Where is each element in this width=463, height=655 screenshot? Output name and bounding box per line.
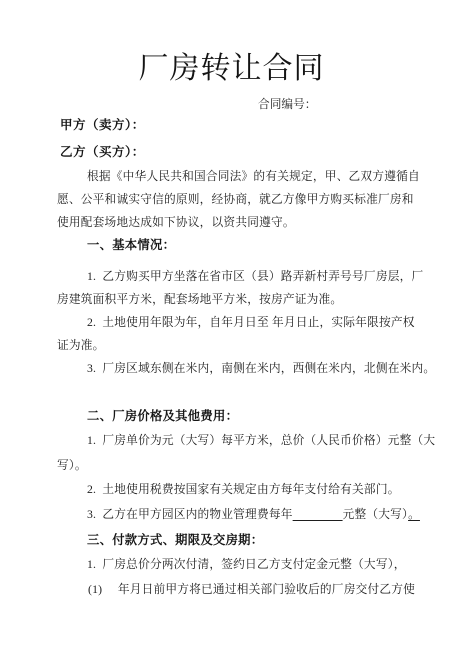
section-2-item-1-line-2: 写）。 <box>57 454 406 479</box>
section-2-item-2: 2. 土地使用税费按国家有关规定由方每年支付给有关部门。 <box>57 478 406 503</box>
section-1-item-1-line-1: 1. 乙方购买甲方坐落在省市区（县）路弄新村弄号号厂房层，厂 <box>57 265 406 288</box>
section-2-item-3: 3. 乙方在甲方园区内的物业管理费每年 元整（大写）。 <box>57 503 406 528</box>
fill-in-blank-underline <box>293 508 343 521</box>
section-3-subitem-1: (1) 年月日前甲方将已通过相关部门验收后的厂房交付乙方使 <box>57 578 406 603</box>
intro-and-section-1: 根据《中华人民共和国合同法》的有关规定，甲、乙双方遵循自 愿、公平和诚实守信的原… <box>57 165 406 380</box>
intro-line-2: 愿、公平和诚实守信的原则，经协商，就乙方像甲方购买标准厂房和 <box>57 188 406 211</box>
section-2-item-1-line-1: 1. 厂房单价为元（大写）每平方米，总价（人民币价格）元整（大 <box>57 429 406 454</box>
document-title: 厂房转让合同 <box>57 50 406 88</box>
intro-line-3: 使用配套场地达成如下协议，以资共同遵守。 <box>57 211 406 234</box>
section-1-item-3: 3. 厂房区域东侧在米内，南侧在米内，西侧在米内，北侧在米内。 <box>57 357 406 380</box>
section-1-item-1-line-2: 房建筑面积平方米，配套场地平方米，按房产证为准。 <box>57 288 406 311</box>
section-2-item-3-period: 。 <box>408 508 420 521</box>
party-a-line: 甲方（卖方）： <box>60 115 406 135</box>
section-3-heading: 三、付款方式、期限及交房期： <box>57 528 406 553</box>
sections-2-and-3: 二、厂房价格及其他费用： 1. 厂房单价为元（大写）每平方米，总价（人民币价格）… <box>57 404 406 602</box>
contract-document-page: 厂房转让合同 合同编号： 甲方（卖方）： 乙方（买方）： 根据《中华人民共和国合… <box>0 0 463 655</box>
party-b-line: 乙方（买方）： <box>60 142 406 162</box>
section-1-heading: 一、基本情况： <box>57 234 406 257</box>
section-3-item-1: 1. 厂房总价分两次付清，签约日乙方支付定金元整（大写）， <box>57 553 406 578</box>
intro-line-1: 根据《中华人民共和国合同法》的有关规定，甲、乙双方遵循自 <box>57 165 406 188</box>
section-2-heading: 二、厂房价格及其他费用： <box>57 404 406 429</box>
section-2-item-3-text: 3. 乙方在甲方园区内的物业管理费每年 <box>87 508 293 521</box>
contract-number-label: 合同编号： <box>258 96 406 113</box>
section-2-item-3-suffix: 元整（大写） <box>343 508 408 521</box>
section-1-item-2-line-1: 2. 土地使用年限为年，自年月日至 年月日止，实际年限按产权 <box>57 311 406 334</box>
section-1-item-2-line-2: 证为准。 <box>57 334 406 357</box>
